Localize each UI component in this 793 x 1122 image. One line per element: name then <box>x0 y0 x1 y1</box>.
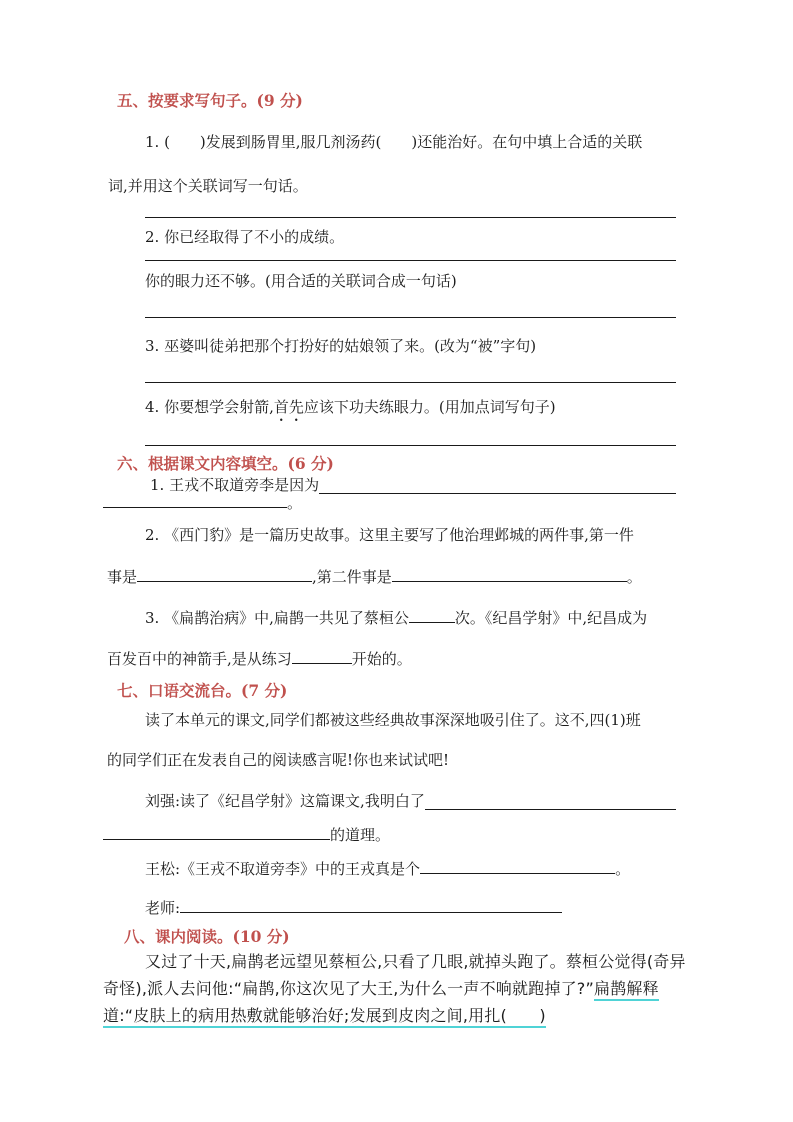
answer-blank[interactable] <box>420 858 615 874</box>
answer-blank[interactable] <box>103 824 330 840</box>
answer-blank[interactable] <box>319 475 676 494</box>
s7-teacher-line: 老师: <box>145 897 562 918</box>
s6-q3-line-2: 百发百中的神箭手,是从练习开始的。 <box>107 648 412 669</box>
answer-blank[interactable] <box>145 427 676 446</box>
section-6-title: 六、根据课文内容填空。(6 分) <box>117 453 334 474</box>
s6-q3-mid: 次。《纪昌学射》中,纪昌成为 <box>455 609 647 627</box>
s6-q2-mid: ,第二件事是 <box>312 568 392 586</box>
s5-q1-line-2: 词,并用这个关联词写一句话。 <box>108 176 308 197</box>
s7-liuqiang-post: 的道理。 <box>330 826 390 844</box>
s6-q3-line-1: 3. 《扁鹊治病》中,扁鹊一共见了蔡桓公次。《纪昌学射》中,纪昌成为 <box>145 607 647 628</box>
answer-blank[interactable] <box>292 648 352 664</box>
section-8-title: 八、课内阅读。(10 分) <box>124 926 290 947</box>
answer-blank[interactable] <box>145 299 676 318</box>
s6-q3-l2pre: 百发百中的神箭手,是从练习 <box>107 650 292 668</box>
s8-passage-l2a: 奇怪),派人去问他:“扁鹊,你这次见了大王,为什么一声不响就跑掉了?” <box>103 979 594 998</box>
s5-q4-line: 4. 你要想学会射箭,首先应该下功夫练眼力。(用加点词写句子) <box>145 397 556 418</box>
s7-intro-line-1: 读了本单元的课文,同学们都被这些经典故事深深地吸引住了。这不,四(1)班 <box>145 710 641 731</box>
s7-wangsong-end: 。 <box>615 860 630 878</box>
s7-liuqiang-line: 刘强:读了《纪昌学射》这篇课文,我明白了 <box>145 791 676 812</box>
s7-teacher-label: 老师: <box>145 899 180 917</box>
s8-passage-line-2: 奇怪),派人去问他:“扁鹊,你这次见了大王,为什么一声不响就跑掉了?”扁鹊解释 <box>103 977 659 1000</box>
s5-q4-pre: 4. 你要想学会射箭, <box>145 398 274 416</box>
s7-wangsong-pre: 王松:《王戎不取道旁李》中的王戎真是个 <box>145 860 420 878</box>
s5-q2-line-2: 你的眼力还不够。(用合适的关联词合成一句话) <box>145 271 457 292</box>
worksheet-page: 五、按要求写句子。(9 分) 1. ( )发展到肠胃里,服几剂汤药( )还能治好… <box>0 0 793 1122</box>
s8-passage-line-1: 又过了十天,扁鹊老远望见蔡桓公,只看了几眼,就掉头跑了。蔡桓公觉得(奇异 <box>145 950 686 973</box>
s5-q4-emphasized-word: 首先 <box>274 398 304 416</box>
s6-q2-pre: 事是 <box>107 568 137 586</box>
s6-q1-end: 。 <box>287 494 302 512</box>
s6-q3-l2post: 开始的。 <box>352 650 412 668</box>
s6-q2-line-2: 事是,第二件事是。 <box>107 566 642 587</box>
s6-q1-line-2: 。 <box>103 492 302 513</box>
answer-blank[interactable] <box>145 242 676 261</box>
s8-passage-line-3: 道:“皮肤上的病用热敷就能够治好;发展到皮肉之间,用扎( ) <box>103 1004 546 1027</box>
s8-passage-l2b-underlined: 扁鹊解释 <box>594 979 659 1001</box>
s6-q2-line-1: 2. 《西门豹》是一篇历史故事。这里主要写了他治理邺城的两件事,第一件 <box>145 525 634 546</box>
answer-blank[interactable] <box>180 897 562 913</box>
s7-liuqiang-pre: 刘强:读了《纪昌学射》这篇课文,我明白了 <box>145 791 425 812</box>
s7-intro-line-2: 的同学们正在发表自己的阅读感言呢!你也来试试吧! <box>107 750 449 771</box>
s7-daoli-line: 的道理。 <box>103 824 390 845</box>
s6-q3-pre: 3. 《扁鹊治病》中,扁鹊一共见了蔡桓公 <box>145 609 409 627</box>
answer-blank[interactable] <box>103 492 287 508</box>
s5-q1-line-1: 1. ( )发展到肠胃里,服几剂汤药( )还能治好。在句中填上合适的关联 <box>145 132 642 153</box>
answer-blank[interactable] <box>145 364 676 383</box>
answer-blank[interactable] <box>409 607 455 623</box>
s8-passage-l3-underlined: 道:“皮肤上的病用热敷就能够治好;发展到皮肉之间,用扎( ) <box>103 1006 546 1028</box>
section-7-title: 七、口语交流台。(7 分) <box>117 680 287 701</box>
s6-q2-end: 。 <box>627 568 642 586</box>
answer-blank[interactable] <box>392 566 627 582</box>
answer-blank[interactable] <box>137 566 312 582</box>
section-5-title: 五、按要求写句子。(9 分) <box>117 90 303 111</box>
answer-blank[interactable] <box>145 199 676 218</box>
answer-blank[interactable] <box>425 791 676 810</box>
s7-wangsong-line: 王松:《王戎不取道旁李》中的王戎真是个。 <box>145 858 630 879</box>
s5-q3-line: 3. 巫婆叫徒弟把那个打扮好的姑娘领了来。(改为“被”字句) <box>145 336 536 357</box>
s5-q4-post: 应该下功夫练眼力。(用加点词写句子) <box>304 398 556 416</box>
